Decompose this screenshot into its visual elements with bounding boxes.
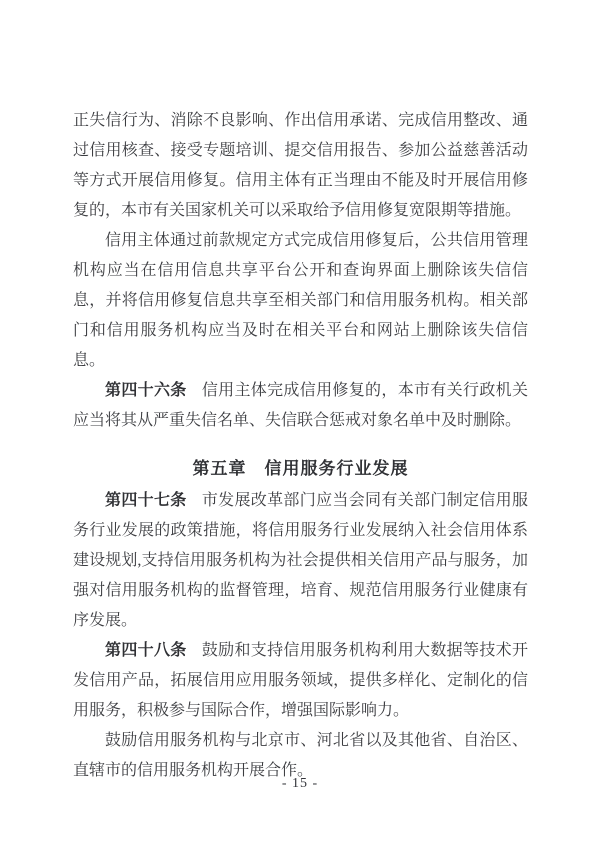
- chapter-heading: 第五章 信用服务行业发展: [73, 454, 528, 484]
- document-page: 正失信行为、消除不良影响、作出信用承诺、完成信用整改、通过信用核查、接受专题培训…: [0, 0, 600, 848]
- paragraph-text: 市发展改革部门应当会同有关部门制定信用服务行业发展的政策措施，将信用服务行业发展…: [73, 492, 528, 629]
- article-paragraph: 第四十六条信用主体完成信用修复的，本市有关行政机关应当将其从严重失信名单、失信联…: [73, 376, 528, 436]
- paragraph-text: 正失信行为、消除不良影响、作出信用承诺、完成信用整改、通过信用核查、接受专题培训…: [73, 112, 528, 219]
- page-number: - 15 -: [0, 774, 600, 794]
- article-paragraph: 第四十七条市发展改革部门应当会同有关部门制定信用服务行业发展的政策措施，将信用服…: [73, 486, 528, 636]
- paragraph-text: 鼓励信用服务机构与北京市、河北省以及其他省、自治区、直辖市的信用服务机构开展合作…: [73, 732, 528, 779]
- paragraph-text: 信用主体通过前款规定方式完成信用修复后，公共信用管理机构应当在信用信息共享平台公…: [73, 232, 528, 369]
- body-paragraph: 正失信行为、消除不良影响、作出信用承诺、完成信用整改、通过信用核查、接受专题培训…: [73, 106, 528, 226]
- article-paragraph: 第四十八条鼓励和支持信用服务机构利用大数据等技术开发信用产品，拓展信用应用服务领…: [73, 636, 528, 726]
- document-body: 正失信行为、消除不良影响、作出信用承诺、完成信用整改、通过信用核查、接受专题培训…: [73, 106, 528, 786]
- article-number: 第四十六条: [105, 382, 187, 399]
- article-number: 第四十七条: [105, 492, 187, 509]
- article-number: 第四十八条: [105, 642, 187, 659]
- body-paragraph: 信用主体通过前款规定方式完成信用修复后，公共信用管理机构应当在信用信息共享平台公…: [73, 226, 528, 376]
